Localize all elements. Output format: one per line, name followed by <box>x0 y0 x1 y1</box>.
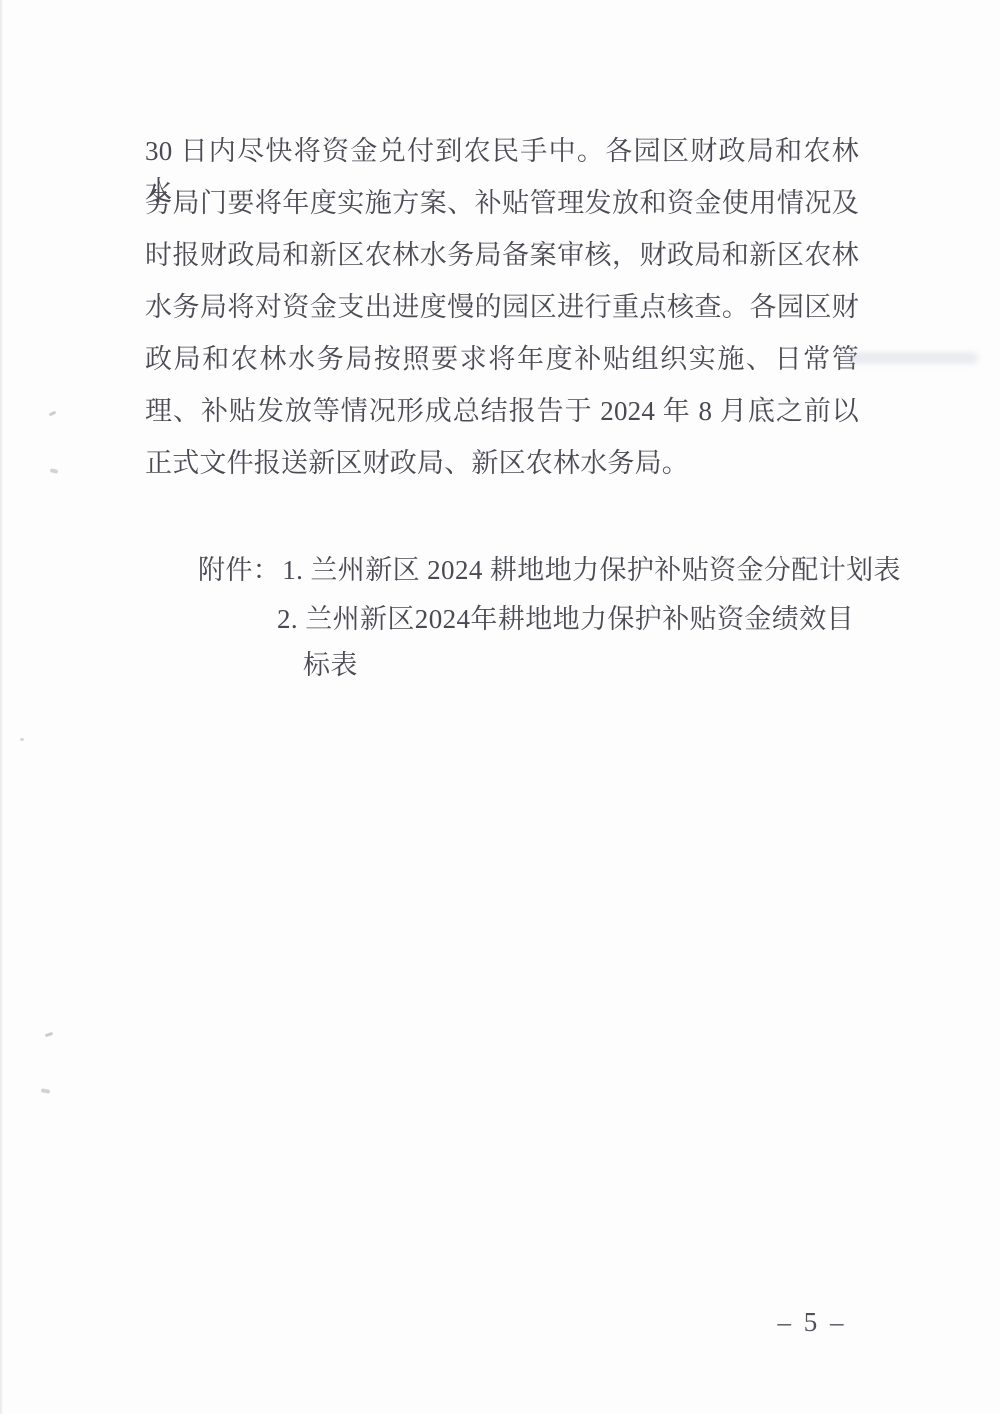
attachment-item-1: 1. 兰州新区 2024 耕地地力保护补贴资金分配计划表 <box>282 555 901 585</box>
page-number: – 5 – <box>750 1306 874 1338</box>
paragraph-line-3: 时报财政局和新区农林水务局备案审核，财政局和新区农林 <box>145 235 859 275</box>
scan-edge-shadow <box>0 0 3 1414</box>
scan-speck-5 <box>41 1088 51 1094</box>
attachment-item-2-line-2: 标表 <box>303 647 358 683</box>
attachment-item-2-line-1: 2. 兰州新区2024年耕地地力保护补贴资金绩效目 <box>277 601 854 637</box>
scan-speck-1 <box>49 411 57 417</box>
paragraph-line-2: 务局门要将年度实施方案、补贴管理发放和资金使用情况及 <box>145 183 859 223</box>
scan-speck-2 <box>50 468 59 474</box>
paragraph-line-6: 理、补贴发放等情况形成总结报告于 2024 年 8 月底之前以 <box>145 391 859 431</box>
document-page: 30 日内尽快将资金兑付到农民手中。各园区财政局和农林水 务局门要将年度实施方案… <box>0 0 1000 1414</box>
paragraph-line-5: 政局和农林水务局按照要求将年度补贴组织实施、日常管 <box>145 339 859 379</box>
scan-smudge <box>843 352 978 364</box>
scan-speck-3 <box>20 738 24 742</box>
paragraph-line-4: 水务局将对资金支出进度慢的园区进行重点核查。各园区财 <box>145 287 859 327</box>
attachment-label: 附件： <box>198 555 280 585</box>
paragraph-line-1: 30 日内尽快将资金兑付到农民手中。各园区财政局和农林水 <box>145 131 859 171</box>
paragraph-line-7: 正式文件报送新区财政局、新区农林水务局。 <box>145 443 859 483</box>
attachment-line-1: 附件：1. 兰州新区 2024 耕地地力保护补贴资金分配计划表 <box>198 552 901 588</box>
scan-speck-4 <box>45 1032 54 1037</box>
